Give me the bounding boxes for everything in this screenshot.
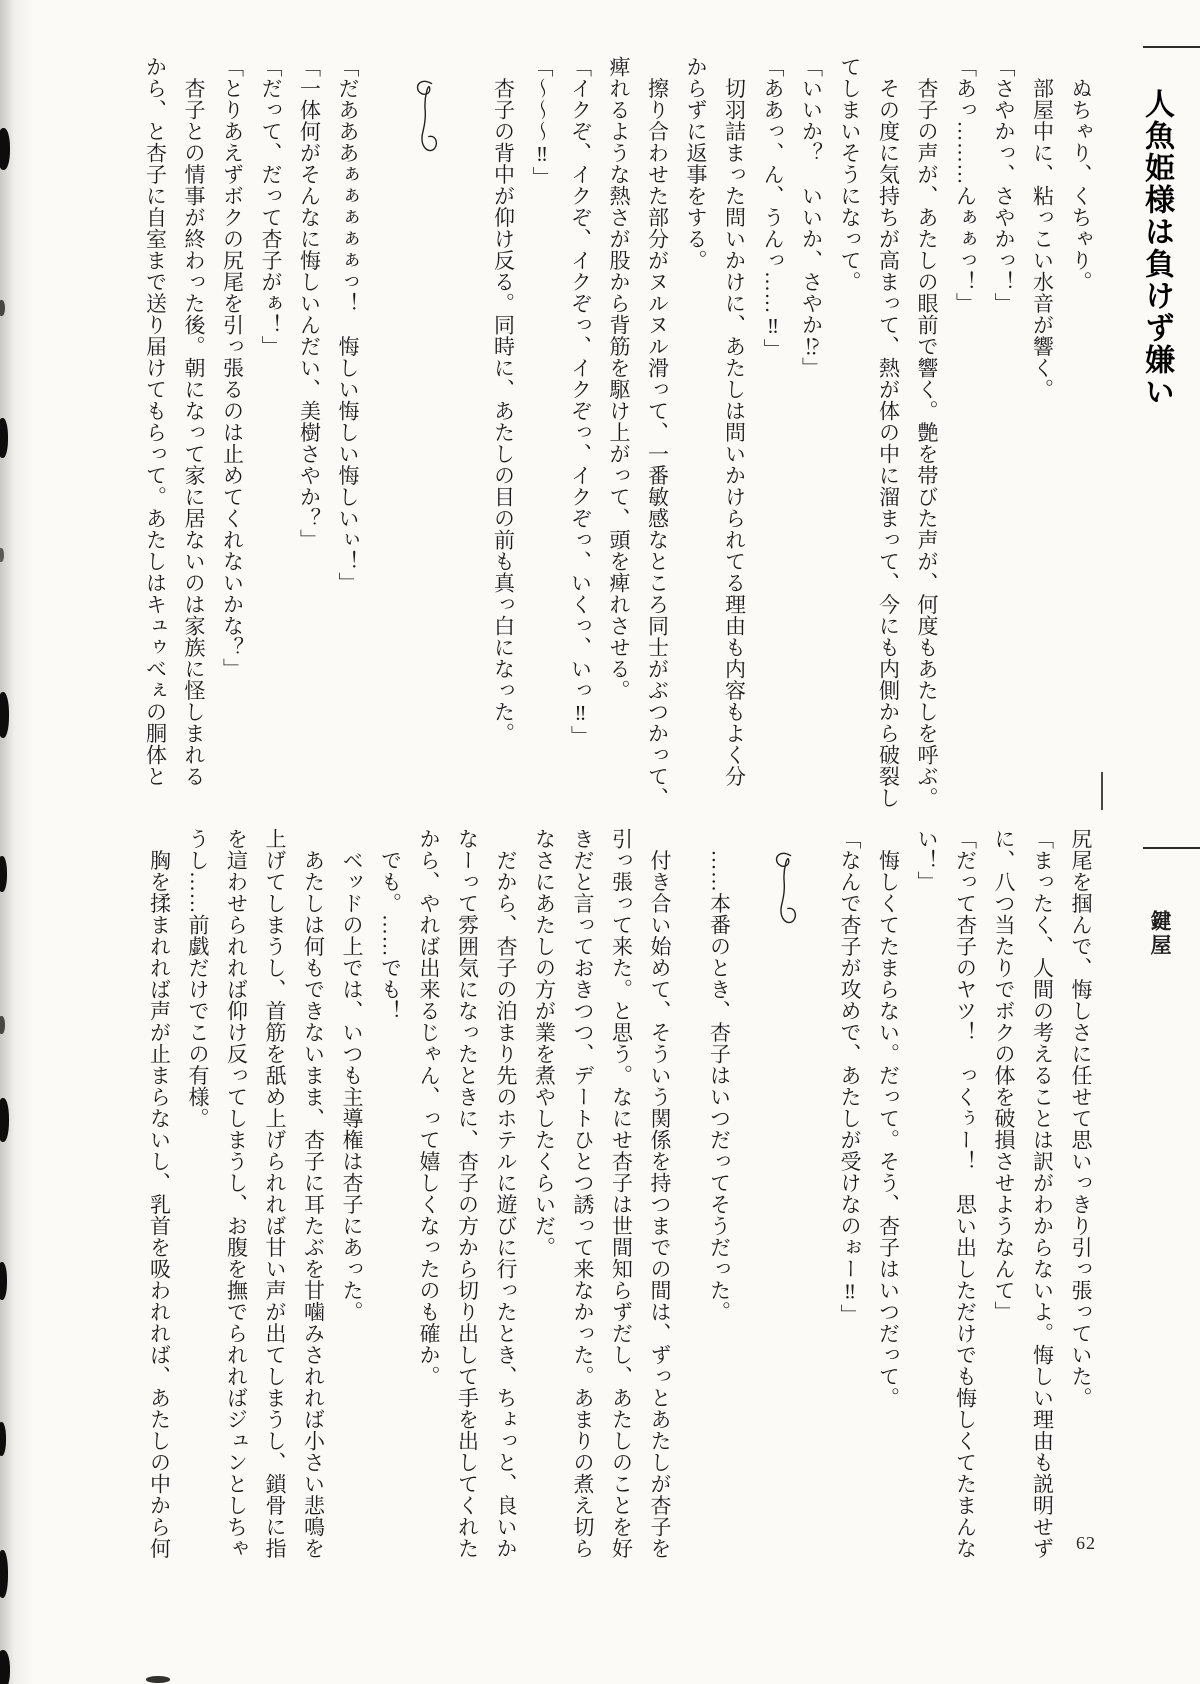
- text-column: うし……前戯だけでこの有様。: [179, 828, 218, 1576]
- text-column: 尻尾を掴んで、悔しさに任せて思いっきり引っ張っていた。: [1062, 828, 1101, 1576]
- text-column: 「だって杏子のヤツ！ っくぅー！ 思い出しただけでも悔しくてたまんな: [946, 828, 985, 1576]
- text-column: 「一体何がそんなに悔しいんだい、美樹さやか？」: [290, 56, 329, 804]
- text-column: 悔しくてたまらない。だって。そう、杏子はいつだって。: [869, 828, 908, 1576]
- text-column: 付き合い始めて、そういう関係を持つまでの間は、ずっとあたしが杏子を: [641, 828, 680, 1576]
- text-column: てしまいそうになって。: [831, 56, 870, 804]
- text-column: 「〜〜〜‼」: [523, 56, 562, 804]
- text-block-top: ぬちゃり、くちゃり。 部屋中に、粘っこい水音が響く。「さやかっ、さやかっ！」「あ…: [136, 56, 1100, 804]
- text-column: 「イクぞ、イクぞ、イクぞっ、イクぞっ、イクぞっ、いくっ、いっ‼」: [561, 56, 600, 804]
- text-column: 「とりあえずボクの尻尾を引っ張るのは止めてくれないかな？」: [213, 56, 252, 804]
- scan-mark: [146, 1676, 170, 1683]
- text-column: 引っ張って来た。と思う。なにせ杏子は世間知らずだし、あたしのことを好: [602, 828, 641, 1576]
- text-column: ……本番のとき、杏子はいつだってそうだった。: [700, 828, 739, 1576]
- text-column: から、と杏子に自室まで送り届けてもらって。あたしはキュゥべぇの胴体と: [136, 56, 175, 804]
- text-column: に、八つ当たりでボクの体を破損させようなんて」: [985, 828, 1024, 1576]
- text-column: 杏子の背中が仰け反る。同時に、あたしの目の前も真っ白になった。: [484, 56, 523, 804]
- column-gap: [679, 828, 700, 1576]
- flourish-divider-icon: [367, 56, 484, 804]
- text-column: あたしは何もできないまま、杏子に耳たぶを甘噛みされれば小さい悲鳴を: [294, 828, 333, 1576]
- page-title: 人魚姫様は負けず嫌い: [1134, 88, 1178, 408]
- text-column: 「いいか？ いいか、さやか⁉」: [792, 56, 831, 804]
- text-column: 上げてしまうし、首筋を舐め上げられれば甘い声が出てしまうし、鎖骨に指: [256, 828, 295, 1576]
- flourish-icon: [412, 78, 440, 156]
- text-column: 「だあああぁぁぁぁぁっ！ 悔しい悔しい悔しいぃ！」: [329, 56, 368, 804]
- text-column: 「ああっ、ん、うんっ……‼」: [754, 56, 793, 804]
- text-column: 「まったく、人間の考えることは訳がわからないよ。悔しい理由も説明せず: [1023, 828, 1062, 1576]
- circle-label: 鍵屋: [1144, 910, 1174, 958]
- novel-page: 人魚姫様は負けず嫌い 鍵屋 62 ぬちゃり、くちゃり。 部屋中に、粘っこい水音が…: [0, 0, 1200, 1684]
- text-column: なさにあたしの方が業を煮やしたくらいだ。: [525, 828, 564, 1576]
- text-column: 杏子の声が、あたしの眼前で響く。艶を帯びた声が、何度もあたしを呼ぶ。: [908, 56, 947, 804]
- text-column: い！」: [908, 828, 947, 1576]
- text-column: 杏子との情事が終わった後。朝になって家に居ないのは家族に怪しまれる: [175, 56, 214, 804]
- text-column: 擦り合わせた部分がヌルヌル滑って、一番敏感なところ同士がぶつかって、: [638, 56, 677, 804]
- text-column: だから、杏子の泊まり先のホテルに遊びに行ったとき、ちょっと、良いか: [487, 828, 526, 1576]
- text-column: 切羽詰まった問いかけに、あたしは問いかけられてる理由も内容もよく分: [715, 56, 754, 804]
- text-column: ぬちゃり、くちゃり。: [1062, 56, 1101, 804]
- text-block-bottom: 尻尾を掴んで、悔しさに任せて思いっきり引っ張っていた。「まったく、人間の考えるこ…: [140, 828, 1100, 1576]
- flourish-icon: [771, 850, 799, 928]
- text-column: 痺れるような熱さが股から背筋を駆け上がって、頭を痺れさせる。: [600, 56, 639, 804]
- header-rule: [1143, 46, 1200, 48]
- text-column: ベッドの上では、いつも主導権は杏子にあった。: [333, 828, 372, 1576]
- text-column: からずに返事をする。: [677, 56, 716, 804]
- text-column: 「あっ………んぁぁっ！」: [946, 56, 985, 804]
- text-column: 部屋中に、粘っこい水音が響く。: [1023, 56, 1062, 804]
- text-column: から、やれば出来るじゃん、って嬉しくなったのも確か。: [410, 828, 449, 1576]
- circle-label-rule: [1143, 847, 1200, 849]
- text-column: 「だって、だって杏子がぁ！」: [252, 56, 291, 804]
- text-column: でも。……でも！: [371, 828, 410, 1576]
- margin-tick: [1101, 772, 1103, 810]
- text-column: を這わせられれば仰け反ってしまうし、お腹を撫でられればジュンとしちゃ: [217, 828, 256, 1576]
- flourish-divider-icon: [739, 828, 831, 1576]
- text-column: きだと言っておきつつ、デートひとつ誘って来なかった。あまりの煮え切ら: [564, 828, 603, 1576]
- text-column: 「なんで杏子が攻めで、あたしが受けなのぉー‼」: [831, 828, 870, 1576]
- text-column: 胸を揉まれれば声が止まらないし、乳首を吸われれば、あたしの中から何: [140, 828, 179, 1576]
- text-column: 「さやかっ、さやかっ！」: [985, 56, 1024, 804]
- text-column: その度に気持ちが高まって、熱が体の中に溜まって、今にも内側から破裂し: [869, 56, 908, 804]
- text-column: なーって雰囲気になったときに、杏子の方から切り出して手を出してくれた: [448, 828, 487, 1576]
